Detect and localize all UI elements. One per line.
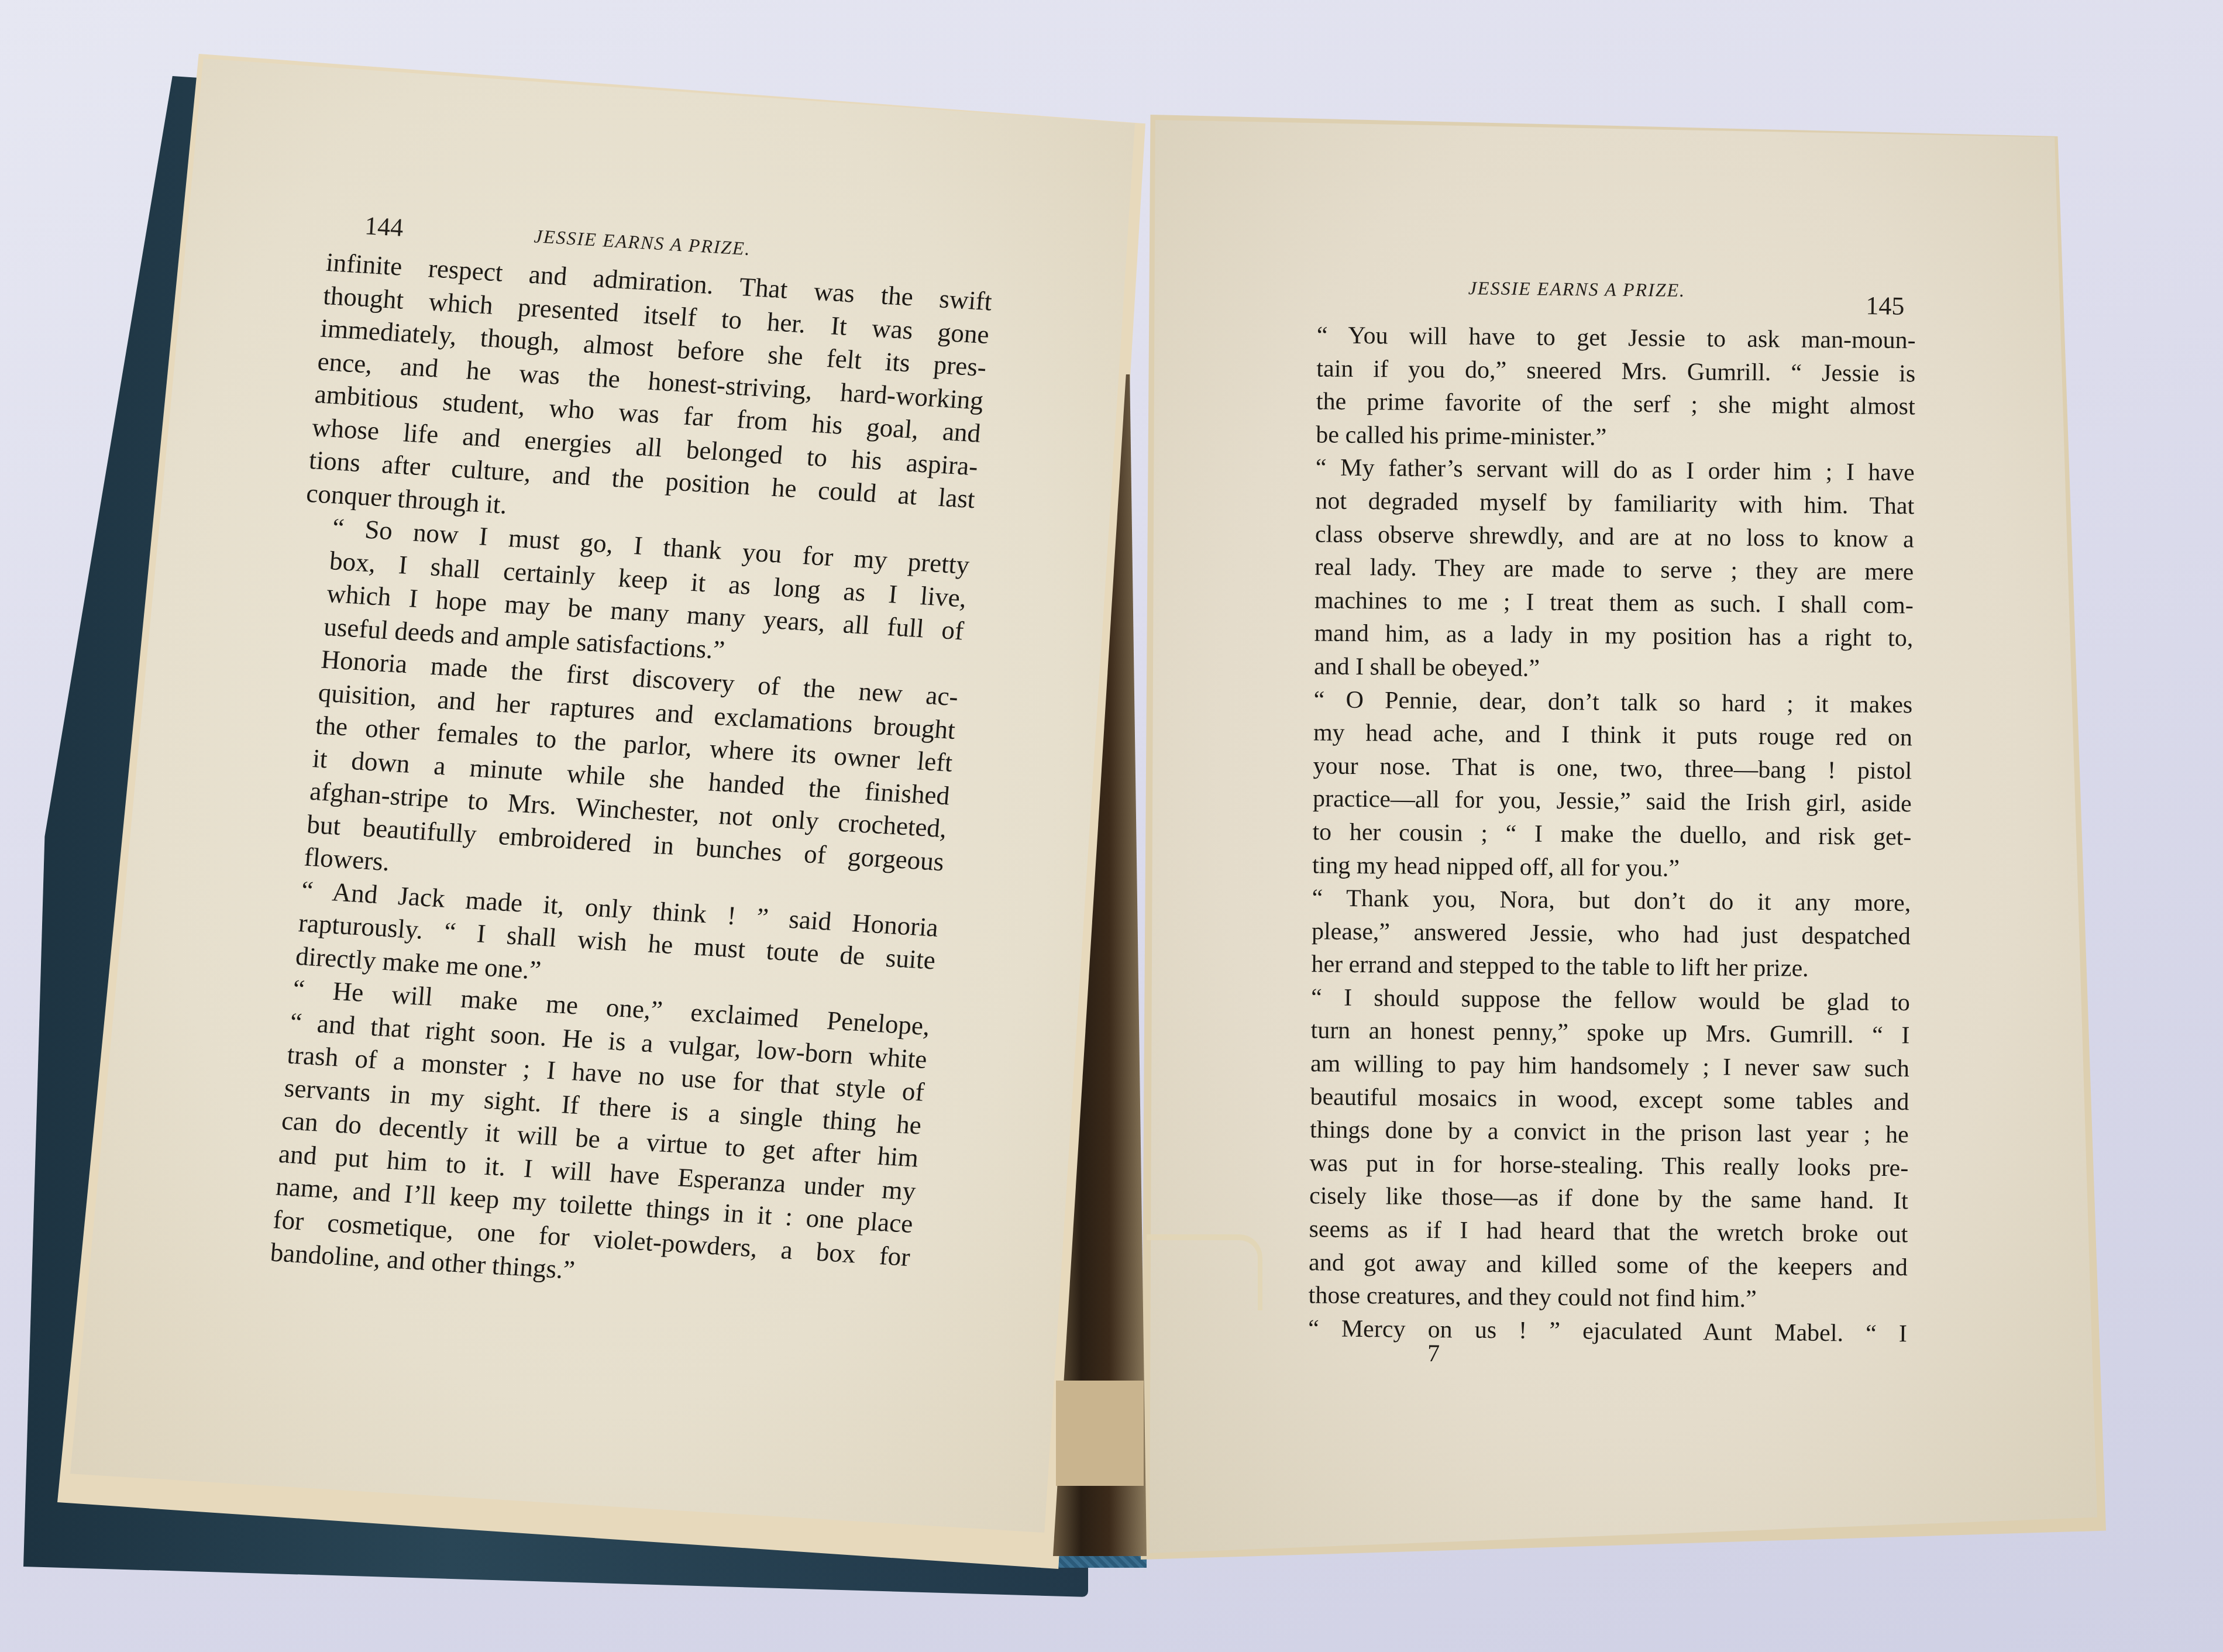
text-line: cisely like those—as if done by the same… [1282, 1179, 1908, 1218]
text-line: the prime favorite of the serf ; she mig… [1289, 385, 1915, 424]
paragraph: “ You will have to get Jessie to ask man… [1289, 319, 1916, 457]
loose-binding-thread [1147, 1234, 1262, 1310]
text-line: mand him, as a lady in my position has a… [1287, 617, 1913, 655]
text-line: “ O Pennie, dear, don’t talk so hard ; i… [1286, 683, 1912, 722]
text-line: ting my head nipped off, all for you.” [1285, 848, 1911, 887]
text-line: am willing to pay him handsomely ; I nev… [1283, 1047, 1909, 1086]
paragraph: “ He will make me one,” exclaimed Penelo… [240, 970, 931, 1306]
paragraph: “ O Pennie, dear, don’t talk so hard ; i… [1285, 683, 1913, 887]
paragraph: “ Mercy on us ! ” ejaculated Aunt Mabel.… [1281, 1312, 1907, 1351]
text-line: practice—all for you, Jessie,” said the … [1286, 782, 1912, 821]
signature-mark: 7 [1427, 1340, 1440, 1368]
text-line: tain if you do,” sneered Mrs. Gumrill. “… [1289, 352, 1915, 391]
right-running-head: JESSIE EARNS A PRIZE. [1468, 277, 1686, 301]
text-line: be called his prime-minister.” [1289, 418, 1915, 457]
book-photo-scene: 144 JESSIE EARNS A PRIZE. infinite respe… [0, 0, 2223, 1652]
left-page-body: infinite respect and admiration. That wa… [240, 246, 993, 1306]
text-line: “ You will have to get Jessie to ask man… [1290, 319, 1916, 357]
text-line: and I shall be obeyed.” [1287, 650, 1913, 689]
paragraph: “ My father’s servant will do as I order… [1287, 451, 1915, 688]
text-line: real lady. They are made to serve ; they… [1288, 550, 1914, 589]
paragraph: Honoria made the first discovery of the … [274, 641, 959, 911]
left-page-number: 144 [364, 211, 404, 243]
text-line: my head ache, and I think it puts rouge … [1286, 716, 1912, 755]
text-line: “ My father’s servant will do as I order… [1289, 451, 1915, 490]
text-line: turn an honest penny,” spoke up Mrs. Gum… [1283, 1014, 1909, 1052]
text-line: please,” answered Jessie, who had just d… [1285, 915, 1911, 954]
paragraph: “ Thank you, Nora, but don’t do it any m… [1284, 882, 1911, 986]
text-line: beautiful mosaics in wood, except some t… [1283, 1080, 1909, 1119]
text-line: and got away and killed some of the keep… [1282, 1246, 1908, 1285]
right-page-body: “ You will have to get Jessie to ask man… [1281, 319, 1916, 1351]
text-line: those creatures, and they could not find… [1281, 1279, 1907, 1317]
text-line: “ Thank you, Nora, but don’t do it any m… [1285, 882, 1911, 920]
text-line: machines to me ; I treat them as such. I… [1288, 584, 1914, 622]
text-line: class observe shrewdly, and are at no lo… [1288, 518, 1914, 556]
text-line: “ Mercy on us ! ” ejaculated Aunt Mabel.… [1281, 1312, 1907, 1351]
text-line: things done by a convict in the prison l… [1283, 1113, 1909, 1152]
text-line: to her cousin ; “ I make the duello, and… [1285, 815, 1911, 854]
text-line: “ I should suppose the fellow would be g… [1284, 981, 1910, 1020]
text-line: seems as if I had heard that the wretch … [1282, 1213, 1908, 1251]
text-line: not degraded myself by familiarity with … [1288, 484, 1914, 523]
text-line: her errand and stepped to the table to l… [1284, 948, 1910, 986]
gutter-floor [1056, 1381, 1144, 1486]
right-page-number: 145 [1866, 291, 1905, 321]
paragraph: infinite respect and admiration. That wa… [305, 246, 993, 549]
paragraph: “ I should suppose the fellow would be g… [1281, 981, 1910, 1317]
text-line: your nose. That is one, two, three—bang … [1286, 749, 1912, 788]
text-line: was put in for horse-stealing. This real… [1282, 1147, 1908, 1185]
